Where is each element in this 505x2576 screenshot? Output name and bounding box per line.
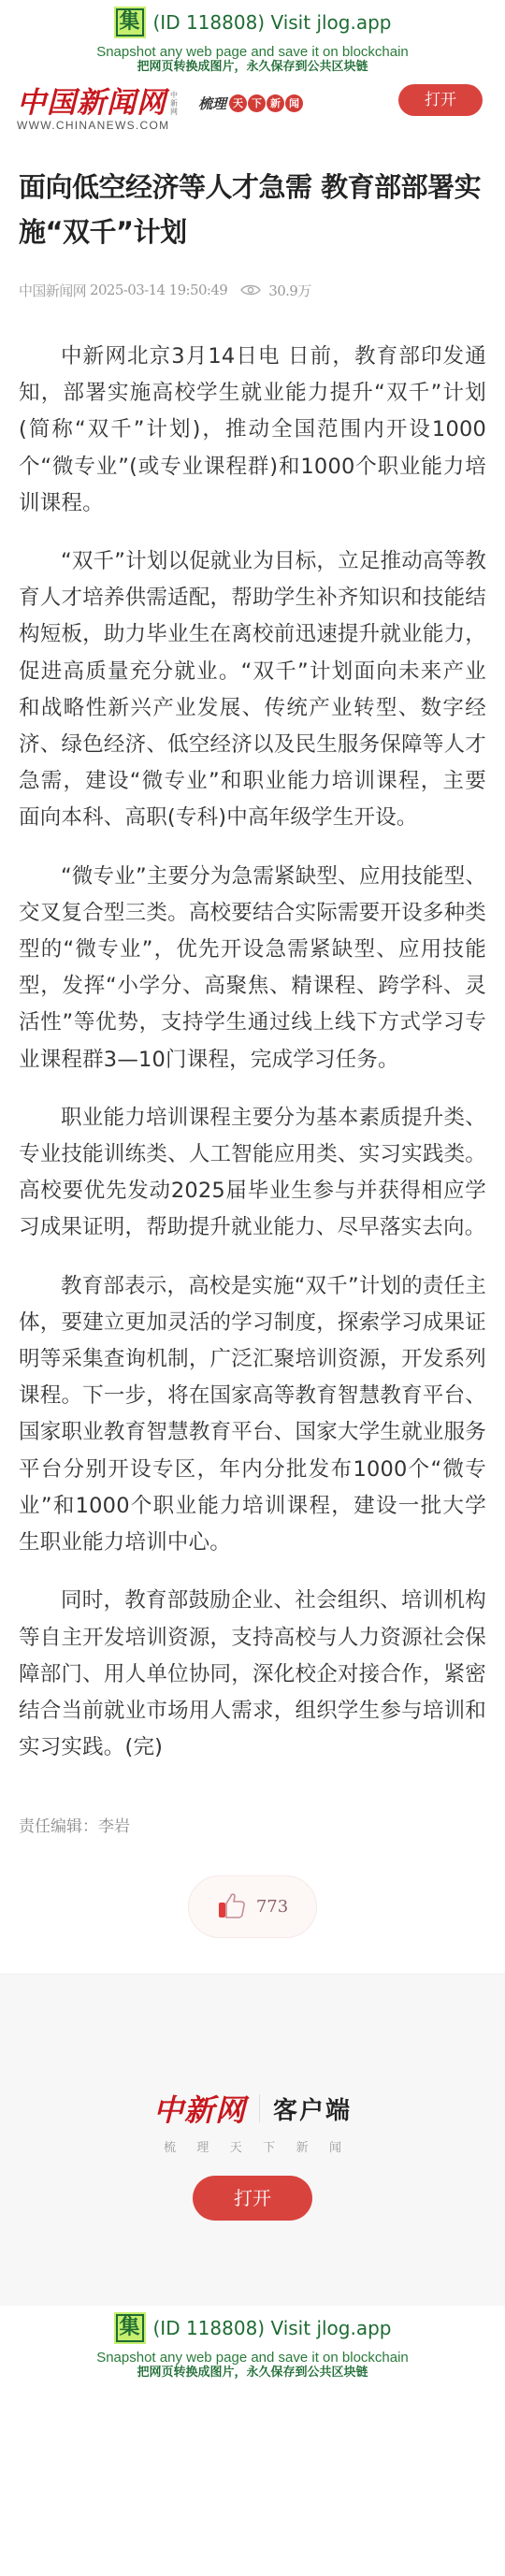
slogan-dot: 新: [267, 94, 284, 112]
like-wrap: 773: [19, 1875, 486, 1938]
article-title: 面向低空经济等人才急需 教育部部署实施“双千”计划: [19, 165, 486, 254]
article-paragraph: “双千”计划以促就业为目标，立足推动高等教育人才培养供需适配，帮助学生补齐知识和…: [19, 543, 486, 837]
site-header: 中国新闻网 中 新 网 WWW.CHINANEWS.COM 梳理 天 下 新 闻…: [0, 77, 505, 142]
article-source: 中国新闻网: [19, 281, 86, 300]
article: 面向低空经济等人才急需 教育部部署实施“双千”计划 中国新闻网 2025-03-…: [0, 165, 505, 1938]
jlog-subtitle-cn: 把网页转换成图片，永久保存到公共区块链: [0, 2366, 505, 2381]
jlog-badge-icon: 集: [114, 2312, 146, 2344]
app-promo: 中新网 客户端 梳 理 天 下 新 闻 打开: [0, 1974, 505, 2306]
like-count: 773: [256, 1897, 288, 1917]
article-paragraph: 同时，教育部鼓励企业、社会组织、培训机构等自主开发培训资源，支持高校与人力资源社…: [19, 1583, 486, 1766]
chinanews-logo[interactable]: 中国新闻网 中 新 网 WWW.CHINANEWS.COM: [17, 87, 178, 132]
eye-icon: [240, 283, 261, 297]
logo-en-text: WWW.CHINANEWS.COM: [17, 119, 178, 132]
header-slogan: 梳理 天 下 新 闻: [198, 94, 303, 113]
like-button[interactable]: 773: [188, 1875, 317, 1938]
thumbs-up-icon: [217, 1890, 247, 1924]
logo-cn-text: 中国新闻网: [17, 87, 166, 119]
jlog-title[interactable]: (ID 118808) Visit jlog.app: [153, 11, 392, 34]
open-app-button-top[interactable]: 打开: [398, 84, 483, 116]
article-meta: 中国新闻网 2025-03-14 19:50:49 30.9万: [19, 279, 486, 301]
jlog-badge-icon: 集: [114, 7, 146, 38]
slogan-dot: 天: [229, 94, 247, 112]
article-paragraph: 教育部表示，高校是实施“双千”计划的责任主体，要建立更加灵活的学习制度，探索学习…: [19, 1268, 486, 1562]
promo-logo: 中新网 客户端: [153, 2087, 352, 2130]
jlog-title-row[interactable]: 集 (ID 118808) Visit jlog.app: [0, 2313, 505, 2343]
article-datetime: 2025-03-14 19:50:49: [90, 282, 227, 298]
jlog-banner-top: 集 (ID 118808) Visit jlog.app Snapshot an…: [0, 0, 505, 77]
promo-client-label: 客户端: [273, 2091, 352, 2126]
jlog-subtitle-en: Snapshot any web page and save it on blo…: [0, 2350, 505, 2366]
article-paragraph: 中新网北京3月14日电 日前，教育部印发通知，部署实施高校学生就业能力提升“双千…: [19, 339, 486, 522]
promo-slogan: 梳 理 天 下 新 闻: [164, 2137, 341, 2155]
jlog-banner-bottom: 集 (ID 118808) Visit jlog.app Snapshot an…: [0, 2306, 505, 2382]
promo-divider: [259, 2094, 260, 2122]
jlog-subtitle-en: Snapshot any web page and save it on blo…: [0, 44, 505, 60]
logo-small-text: 中 新 网: [170, 91, 178, 116]
jlog-subtitle-cn: 把网页转换成图片，永久保存到公共区块链: [0, 60, 505, 75]
article-editor: 责任编辑：李岩: [19, 1813, 486, 1836]
slogan-dot: 下: [248, 94, 266, 112]
promo-logo-cn: 中新网: [153, 2087, 246, 2130]
jlog-title-row[interactable]: 集 (ID 118808) Visit jlog.app: [0, 7, 505, 37]
article-paragraph: “微专业”主要分为急需紧缺型、应用技能型、交叉复合型三类。高校要结合实际需要开设…: [19, 859, 486, 1078]
article-views: 30.9万: [268, 281, 310, 300]
slogan-script: 梳理: [198, 94, 226, 113]
article-body: 中新网北京3月14日电 日前，教育部印发通知，部署实施高校学生就业能力提升“双千…: [19, 339, 486, 1766]
jlog-title[interactable]: (ID 118808) Visit jlog.app: [153, 2317, 392, 2339]
article-paragraph: 职业能力培训课程主要分为基本素质提升类、专业技能训练类、人工智能应用类、实习实践…: [19, 1100, 486, 1247]
open-app-button-bottom[interactable]: 打开: [193, 2176, 312, 2221]
slogan-dot: 闻: [285, 94, 303, 112]
